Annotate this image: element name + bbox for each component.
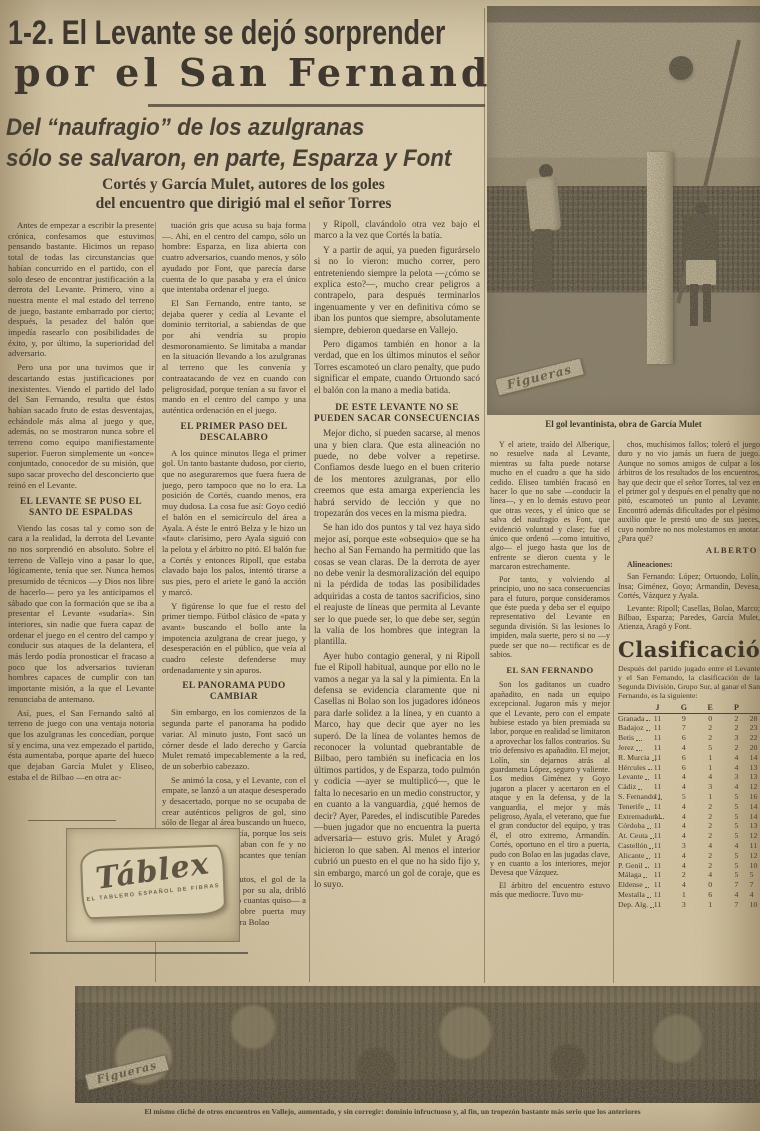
stat-g: 4: [671, 880, 697, 890]
stat-e: 5: [697, 743, 723, 753]
stat-j: 11: [644, 713, 670, 723]
stat-g: 4: [671, 821, 697, 831]
team-name: Hércules: [618, 763, 646, 773]
stat-g: 4: [671, 802, 697, 812]
team-name: Eldense: [618, 880, 643, 890]
standings-row: Extremadura1142514: [618, 812, 760, 822]
stat-j: 11: [644, 821, 670, 831]
section-heading: DE ESTE LEVANTE NO SE PUEDEN SACAR CONSE…: [314, 403, 480, 425]
paragraph: El árbitro del encuentro estuvo más que …: [490, 881, 610, 900]
stat-g: 9: [671, 713, 697, 723]
goalkeeper-figure: [534, 229, 552, 291]
team-name: S. Fernando: [618, 792, 656, 802]
team-name: Castellón: [618, 841, 647, 851]
standings-row: Dep. Alg.1131710: [618, 900, 760, 910]
article-column-1: Antes de empezar a escribir la presente …: [8, 220, 154, 820]
stat-j: 11: [644, 743, 670, 753]
stat-f: 12: [750, 831, 760, 841]
paragraph: Viendo las cosas tal y como son de cara …: [8, 523, 154, 705]
football: [669, 56, 693, 80]
stat-p: 5: [723, 861, 749, 871]
stat-e: 2: [697, 802, 723, 812]
team-name: Cádiz: [618, 782, 636, 792]
photographer-stamp: Figueras: [494, 358, 584, 397]
column-rule: [613, 440, 614, 983]
stat-j: 11: [644, 851, 670, 861]
paragraph: Y el ariete, traído del Alberique, no re…: [490, 440, 610, 572]
stat-f: 13: [750, 772, 760, 782]
dot-leader: [636, 750, 642, 751]
dot-leader: [645, 887, 649, 888]
photo-grain: [75, 986, 760, 1103]
stat-p: 4: [723, 753, 749, 763]
team-name: Tenerife: [618, 802, 644, 812]
stat-f: 7: [750, 880, 760, 890]
paragraph: Y figúrense lo que fue el resto del prim…: [162, 601, 306, 676]
stat-e: 6: [697, 890, 723, 900]
stat-g: 1: [671, 890, 697, 900]
stat-g: 4: [671, 812, 697, 822]
standings-row: Badajoz1172223: [618, 723, 760, 733]
standings-row: S. Fernando1151516: [618, 792, 760, 802]
stat-p: 5: [723, 802, 749, 812]
stat-g: 4: [671, 743, 697, 753]
stat-p: 2: [723, 713, 749, 723]
stat-p: 5: [723, 831, 749, 841]
article-column-4: Y el ariete, traído del Alberique, no re…: [490, 440, 610, 985]
subhead-line2: sólo se salvaron, en parte, Esparza y Fo…: [6, 147, 451, 171]
stat-f: 14: [750, 812, 760, 822]
lineups-label: Alineaciones:: [618, 560, 760, 569]
player-figure: [690, 284, 698, 326]
stat-f: 11: [750, 841, 760, 851]
stat-p: 5: [723, 792, 749, 802]
lineup-san-fernando: San Fernando: López; Ortuondo, Lolín, In…: [618, 572, 760, 600]
stat-e: 3: [697, 782, 723, 792]
player-figure: [686, 260, 716, 285]
stat-f: 28: [750, 713, 760, 723]
dot-leader: [643, 877, 647, 878]
dot-leader: [646, 720, 650, 721]
stat-j: 11: [644, 880, 670, 890]
stat-e: 4: [697, 772, 723, 782]
stat-f: 10: [750, 900, 760, 910]
standings-header: G: [671, 703, 697, 713]
standings-header: E: [697, 703, 723, 713]
section-heading: EL PRIMER PASO DEL DESCALABRO: [162, 422, 306, 444]
stat-g: 6: [671, 763, 697, 773]
stat-e: 4: [697, 870, 723, 880]
tablex-plaque: Táblex EL TABLERO ESPAÑOL DE FIBRAS: [80, 845, 226, 920]
deck-line1: Cortés y García Mulet, autores de los go…: [0, 176, 487, 195]
stat-j: 11: [644, 870, 670, 880]
dot-leader: [645, 779, 649, 780]
stat-p: 4: [723, 841, 749, 851]
paragraph: Por tanto, y volviendo al principio, uno…: [490, 575, 610, 660]
standings-row: R. Murcia1161414: [618, 753, 760, 763]
stat-e: 1: [697, 763, 723, 773]
headline-line1: 1-2. El Levante se dejó sorprender: [8, 16, 482, 50]
standings-row: Eldense114077: [618, 880, 760, 890]
stat-p: 5: [723, 821, 749, 831]
standings-row: Betis1162322: [618, 733, 760, 743]
stat-p: 5: [723, 812, 749, 822]
top-photo-caption: El gol levantinista, obra de García Mule…: [487, 419, 760, 430]
stat-j: 11: [644, 890, 670, 900]
dot-leader: [648, 769, 652, 770]
subhead-line1: Del “naufragio” de los azulgranas: [6, 116, 364, 140]
standings-row: Granada1190228: [618, 713, 760, 723]
paragraph: Se han ido dos puntos y tal vez haya sid…: [314, 523, 480, 648]
stat-p: 5: [723, 870, 749, 880]
stat-g: 7: [671, 723, 697, 733]
team-name: Dep. Alg.: [618, 900, 648, 910]
paragraph: Así, pues, el San Fernando saltó al terr…: [8, 708, 154, 783]
standings-header-team: [618, 703, 644, 713]
goal-post: [647, 152, 673, 364]
headline-rule: [148, 104, 485, 107]
standings-intro: Después del partido jugado entre el Leva…: [618, 664, 760, 700]
match-photo-goal: Figueras: [487, 6, 760, 415]
article-column-3: y Ripoll, clavándolo otra vez bajo el ma…: [314, 220, 480, 983]
headline-line2: por el San Fernando: [14, 54, 521, 92]
deck-line2: del encuentro que dirigió mal el señor T…: [0, 195, 487, 214]
stat-p: 7: [723, 880, 749, 890]
standings-row: Málaga112455: [618, 870, 760, 880]
stat-g: 4: [671, 851, 697, 861]
paragraph: Pero una por una tuvimos que ir descarta…: [8, 362, 154, 490]
stat-j: 11: [644, 782, 670, 792]
dot-leader: [645, 867, 649, 868]
stat-j: 11: [644, 831, 670, 841]
stat-f: 16: [750, 792, 760, 802]
stat-j: 11: [644, 841, 670, 851]
stat-g: 4: [671, 861, 697, 871]
dot-leader: [646, 858, 650, 859]
stat-p: 4: [723, 763, 749, 773]
paragraph: Mejor dicho, sí pueden sacarse, al menos…: [314, 429, 480, 520]
stat-p: 4: [723, 890, 749, 900]
stat-f: 23: [750, 723, 760, 733]
dot-leader: [647, 828, 651, 829]
column-rule: [309, 222, 310, 982]
standings-header-row: J G E P F: [618, 703, 760, 713]
standings-row: Levante1144313: [618, 772, 760, 782]
paragraph: chos, muchísimos fallos; toleró el juego…: [618, 440, 760, 543]
stat-e: 2: [697, 861, 723, 871]
bottom-photo-caption: El mismo cliché de otros encuentros en V…: [40, 1107, 745, 1116]
stat-j: 11: [644, 772, 670, 782]
stat-p: 3: [723, 772, 749, 782]
stat-f: 22: [750, 733, 760, 743]
column-rule: [484, 8, 485, 983]
stat-f: 10: [750, 861, 760, 871]
section-heading: EL SAN FERNANDO: [490, 665, 610, 676]
stat-g: 4: [671, 831, 697, 841]
dot-leader: [638, 789, 642, 790]
stat-g: 4: [671, 782, 697, 792]
stat-g: 4: [671, 772, 697, 782]
paragraph: y Ripoll, clavándolo otra vez bajo el ma…: [314, 220, 480, 243]
dot-leader: [636, 740, 642, 741]
stat-e: 2: [697, 733, 723, 743]
standings-row: Jerez1145220: [618, 743, 760, 753]
team-name: Badajoz: [618, 723, 644, 733]
team-name: P. Genil: [618, 861, 643, 871]
dot-leader: [646, 730, 650, 731]
standings-row: Tenerife1142514: [618, 802, 760, 812]
stat-e: 2: [697, 812, 723, 822]
team-name: Betis: [618, 733, 634, 743]
stat-f: 20: [750, 743, 760, 753]
paragraph: Pero digamos también en honor a la verda…: [314, 340, 480, 397]
stat-j: 11: [644, 723, 670, 733]
stat-j: 11: [644, 763, 670, 773]
stat-e: 0: [697, 880, 723, 890]
team-name: Mestalla: [618, 890, 645, 900]
standings-row: Hércules1161413: [618, 763, 760, 773]
stat-e: 1: [697, 792, 723, 802]
stat-e: 2: [697, 851, 723, 861]
stat-p: 7: [723, 900, 749, 910]
dot-leader: [646, 809, 650, 810]
standings-row: Alicante1142512: [618, 851, 760, 861]
match-photo-panorama: Figueras: [75, 986, 760, 1103]
paragraph: Antes de empezar a escribir la presente …: [8, 220, 154, 359]
stat-g: 6: [671, 753, 697, 763]
team-name: Alicante: [618, 851, 644, 861]
photographer-stamp: Figueras: [84, 1054, 169, 1091]
stat-e: 4: [697, 841, 723, 851]
stat-g: 5: [671, 792, 697, 802]
author-signoff: ALBERTO: [618, 546, 758, 555]
stat-p: 4: [723, 782, 749, 792]
stat-f: 4: [750, 890, 760, 900]
stat-f: 5: [750, 870, 760, 880]
stat-f: 13: [750, 821, 760, 831]
team-name: Córdoba: [618, 821, 645, 831]
standings-row: Castellón1134411: [618, 841, 760, 851]
stat-g: 6: [671, 733, 697, 743]
standings-row: Mestalla111644: [618, 890, 760, 900]
team-name: Granada: [618, 714, 644, 724]
team-name: At. Ceuta: [618, 831, 648, 841]
stat-p: 2: [723, 723, 749, 733]
team-name: R. Murcia: [618, 753, 650, 763]
ad-top-rule: [28, 820, 116, 821]
stat-f: 12: [750, 851, 760, 861]
newspaper-page: 1-2. El Levante se dejó sorprender por e…: [0, 0, 760, 1131]
stat-e: 1: [697, 900, 723, 910]
stat-e: 2: [697, 831, 723, 841]
stat-g: 2: [671, 870, 697, 880]
dot-leader: [649, 848, 653, 849]
section-heading: EL PANORAMA PUDO CAMBIAR: [162, 681, 306, 703]
stat-e: 2: [697, 723, 723, 733]
ad-bottom-rule: [30, 952, 248, 954]
standings-table: J G E P F Granada1190228 Badajoz1172223 …: [618, 703, 760, 910]
paragraph: Ayer hubo contagio general, y ni Ripoll …: [314, 652, 480, 892]
team-name: Levante: [618, 772, 643, 782]
paragraph: Son los gaditanos un cuadro apañadito, e…: [490, 680, 610, 878]
team-name: Málaga: [618, 870, 641, 880]
stat-f: 14: [750, 753, 760, 763]
standings-row: Cádiz1143412: [618, 782, 760, 792]
team-name: Extremadura: [618, 812, 658, 822]
stat-j: 11: [644, 733, 670, 743]
standings-header: J: [644, 703, 670, 713]
stat-e: 1: [697, 753, 723, 763]
paragraph: A los quince minutos llega el primer gol…: [162, 448, 306, 598]
paragraph: El San Fernando, entre tanto, se dejaba …: [162, 298, 306, 416]
standings-row: P. Genil1142510: [618, 861, 760, 871]
stat-p: 3: [723, 733, 749, 743]
stat-e: 2: [697, 821, 723, 831]
paragraph: tuación gris que acusa su baja forma—. A…: [162, 220, 306, 295]
stat-f: 13: [750, 763, 760, 773]
paragraph: Y a partir de aquí, ya pueden figurársel…: [314, 246, 480, 337]
stat-g: 3: [671, 900, 697, 910]
player-figure: [684, 214, 717, 262]
standings-header: F: [750, 703, 760, 713]
goalkeeper-figure: [526, 176, 562, 232]
stat-p: 5: [723, 851, 749, 861]
stat-g: 3: [671, 841, 697, 851]
standings-title: Clasificación: [618, 638, 760, 661]
player-figure: [703, 284, 711, 322]
paragraph: Sin embargo, en los comienzos de la segu…: [162, 707, 306, 771]
stat-e: 0: [697, 713, 723, 723]
article-column-5: chos, muchísimos fallos; toleró el juego…: [618, 440, 760, 985]
team-name: Jerez: [618, 743, 634, 753]
standings-row: At. Ceuta1142512: [618, 831, 760, 841]
standings-header: P: [723, 703, 749, 713]
tablex-ad: Táblex EL TABLERO ESPAÑOL DE FIBRAS: [66, 828, 240, 942]
stat-p: 2: [723, 743, 749, 753]
standings-row: Córdoba1142513: [618, 821, 760, 831]
stat-j: 11: [644, 802, 670, 812]
section-heading: EL LEVANTE SE PUSO EL SANTO DE ESPALDAS: [8, 497, 154, 519]
stat-f: 12: [750, 782, 760, 792]
lineup-levante: Levante: Ripoll; Casellas, Bolao, Marco;…: [618, 604, 760, 632]
dot-leader: [647, 897, 651, 898]
stat-j: 11: [644, 900, 670, 910]
stat-f: 14: [750, 802, 760, 812]
stat-j: 11: [644, 861, 670, 871]
